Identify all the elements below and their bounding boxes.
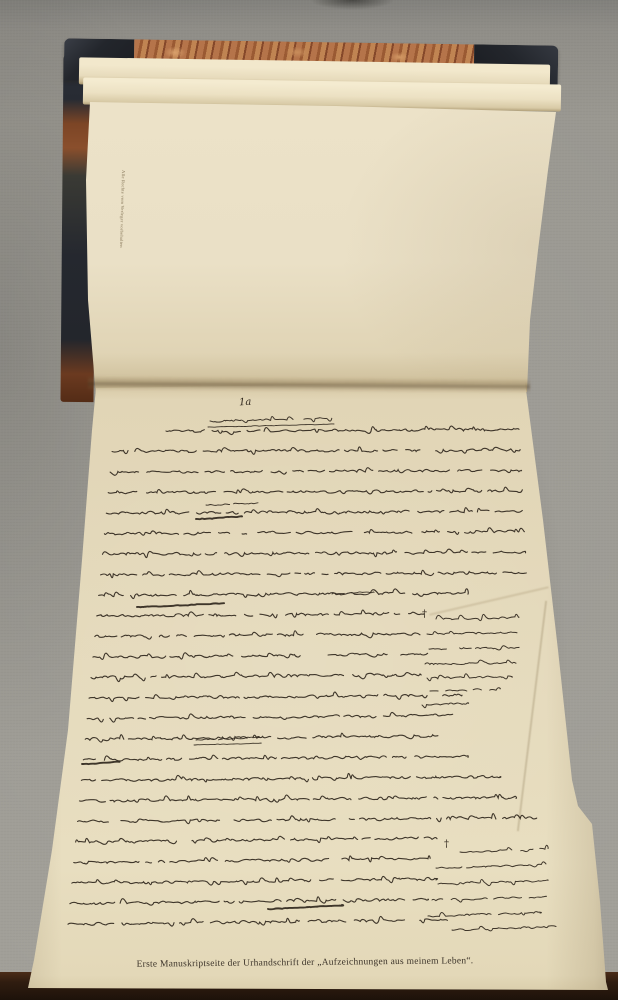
publisher-rights-stamp: Alle Rechte vom Verleger vorbehalten (119, 170, 126, 248)
manuscript-page-number: 1a (239, 397, 252, 409)
manuscript-page (20, 382, 618, 1000)
blank-verso-page: Alle Rechte vom Verleger vorbehalten (86, 96, 564, 398)
gutter-crease (88, 375, 530, 393)
photograph-of-open-book: Alle Rechte vom Verleger vorbehalten 1a … (0, 0, 618, 1000)
margin-note-dagger-2: † (444, 839, 449, 850)
margin-note-dagger-1: † (422, 609, 427, 620)
